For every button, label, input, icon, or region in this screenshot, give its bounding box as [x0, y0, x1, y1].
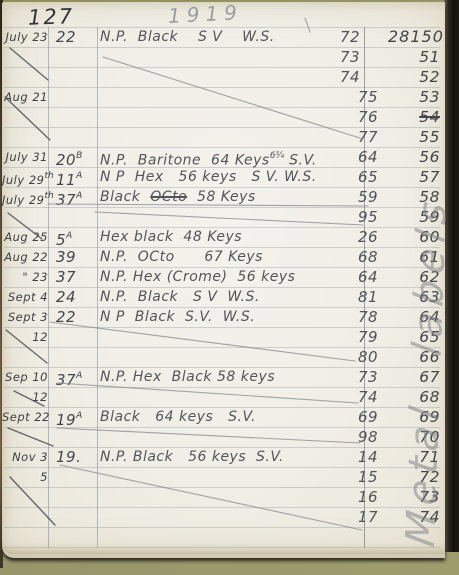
- ledger-row: Sept 2219ABlack 64 keys S.V.6969: [2, 407, 445, 427]
- lot-number-cell: 19A: [52, 407, 100, 427]
- lot-number-cell: 37: [52, 267, 100, 287]
- batch-number-cell: 16: [336, 487, 392, 507]
- ledger-row: July 29th37ABlack OCto 58 Keys5958: [2, 187, 445, 207]
- lot-number-cell: [52, 87, 100, 107]
- batch-number-cell: 81: [336, 287, 392, 307]
- date-cell: Sep 10: [2, 367, 50, 387]
- description-cell: [100, 427, 336, 447]
- serial-number-cell: 51: [388, 47, 444, 67]
- lot-number-cell: [52, 127, 100, 147]
- ledger-row: 51572: [2, 467, 445, 487]
- ledger-row: 127468: [2, 387, 445, 407]
- serial-number-cell: 28150: [388, 27, 444, 47]
- date-cell: [2, 127, 50, 147]
- batch-number-cell: 98: [336, 427, 392, 447]
- batch-number-cell: 77: [336, 127, 392, 147]
- batch-number-cell: 75: [336, 87, 392, 107]
- batch-number-cell: 73: [336, 47, 392, 67]
- date-cell: Aug 25: [2, 227, 50, 247]
- description-cell: [100, 127, 336, 147]
- lot-number-cell: [52, 67, 100, 87]
- lot-number-cell: [52, 487, 100, 507]
- lot-number-cell: [52, 467, 100, 487]
- lot-number-cell: 37A: [52, 367, 100, 387]
- batch-number-cell: 59: [336, 187, 392, 207]
- description-cell: Hex black 48 Keys: [100, 227, 336, 247]
- ledger-row: " 2337N.P. Hex (Crome) 56 keys6462: [2, 267, 445, 287]
- batch-number-cell: 73: [336, 367, 392, 387]
- description-cell: N.P. OCto 67 Keys: [100, 247, 336, 267]
- lot-number-cell: [52, 347, 100, 367]
- ledger-row: July 3120BN.P. Baritone 64 Keys6¾ S.V.64…: [2, 147, 445, 167]
- batch-number-cell: 64: [336, 267, 392, 287]
- date-cell: 5: [2, 467, 50, 487]
- description-cell: N.P. Baritone 64 Keys6¾ S.V.: [100, 147, 336, 167]
- description-cell: N.P. Black 56 keys S.V.: [100, 447, 336, 467]
- date-cell: [2, 487, 50, 507]
- lot-number-cell: [52, 47, 100, 67]
- lot-number-cell: 20B: [52, 147, 100, 167]
- ledger-row: 127965: [2, 327, 445, 347]
- ledger-row: 9559: [2, 207, 445, 227]
- date-cell: Aug 22: [2, 247, 50, 267]
- ledger-row: Nov 319.N.P. Black 56 keys S.V.1471: [2, 447, 445, 467]
- ledger-row: 1673: [2, 487, 445, 507]
- lot-number-cell: 39: [52, 247, 100, 267]
- date-cell: [2, 427, 50, 447]
- date-cell: Sept 4: [2, 287, 50, 307]
- description-cell: N P Black S.V. W.S.: [100, 307, 336, 327]
- description-cell: [100, 487, 336, 507]
- ledger-row: 7755: [2, 127, 445, 147]
- lot-number-cell: 22: [52, 307, 100, 327]
- description-cell: [100, 207, 336, 227]
- date-cell: " 23: [2, 267, 50, 287]
- description-cell: [100, 467, 336, 487]
- lot-number-cell: [52, 427, 100, 447]
- batch-number-cell: 68: [336, 247, 392, 267]
- lot-number-cell: [52, 107, 100, 127]
- lot-number-cell: [52, 327, 100, 347]
- scanned-ledger-photo: { "page": { "folio": "127", "year": "191…: [0, 0, 459, 575]
- ledger-row: July 2322N.P. Black S V W.S.7228150: [2, 27, 445, 47]
- date-cell: July 23: [2, 27, 50, 47]
- date-cell: July 29th: [2, 187, 50, 207]
- date-cell: 12: [2, 327, 50, 347]
- description-cell: [100, 47, 336, 67]
- lot-number-cell: [52, 207, 100, 227]
- description-cell: [100, 327, 336, 347]
- description-cell: N.P. Black S V W.S.: [100, 27, 336, 47]
- description-cell: [100, 107, 336, 127]
- batch-number-cell: 72: [336, 27, 392, 47]
- folio-number: 127: [28, 4, 75, 30]
- lot-number-cell: 24: [52, 287, 100, 307]
- date-cell: [2, 47, 50, 67]
- lot-number-cell: 22: [52, 27, 100, 47]
- ledger-row: Sept 322N P Black S.V. W.S.7864: [2, 307, 445, 327]
- date-cell: [2, 347, 50, 367]
- lot-number-cell: 11A: [52, 167, 100, 187]
- batch-number-cell: 74: [336, 67, 392, 87]
- batch-number-cell: 64: [336, 147, 392, 167]
- ledger-row: 7452: [2, 67, 445, 87]
- batch-number-cell: 26: [336, 227, 392, 247]
- description-cell: Black 64 keys S.V.: [100, 407, 336, 427]
- batch-number-cell: 69: [336, 407, 392, 427]
- batch-number-cell: 17: [336, 507, 392, 527]
- batch-number-cell: 74: [336, 387, 392, 407]
- date-cell: 12: [2, 387, 50, 407]
- batch-number-cell: 76: [336, 107, 392, 127]
- description-cell: [100, 507, 336, 527]
- batch-number-cell: 14: [336, 447, 392, 467]
- description-cell: [100, 87, 336, 107]
- ledger-row: 8066: [2, 347, 445, 367]
- date-cell: [2, 507, 50, 527]
- date-cell: July 29th: [2, 167, 50, 187]
- date-cell: July 31: [2, 147, 50, 167]
- batch-number-cell: 65: [336, 167, 392, 187]
- ledger-row: Sep 1037AN.P. Hex Black 58 keys7367: [2, 367, 445, 387]
- date-cell: Nov 3: [2, 447, 50, 467]
- description-cell: N.P. Black S V W.S.: [100, 287, 336, 307]
- lot-number-cell: [52, 387, 100, 407]
- description-cell: N P Hex 56 keys S V. W.S.: [100, 167, 336, 187]
- date-cell: Sept 3: [2, 307, 50, 327]
- batch-number-cell: 80: [336, 347, 392, 367]
- ledger-row: Aug 217553: [2, 87, 445, 107]
- batch-number-cell: 15: [336, 467, 392, 487]
- description-cell: Black OCto 58 Keys: [100, 187, 336, 207]
- lot-number-cell: 37A: [52, 187, 100, 207]
- ledger-row: 1774: [2, 507, 445, 527]
- page-bottom-edge: [2, 543, 445, 554]
- date-cell: Sept 22: [2, 407, 50, 427]
- date-cell: Aug 21: [2, 87, 50, 107]
- batch-number-cell: 95: [336, 207, 392, 227]
- description-cell: N.P. Hex Black 58 keys: [100, 367, 336, 387]
- ledger-row: July 29th11AN P Hex 56 keys S V. W.S.655…: [2, 167, 445, 187]
- ledger-page: 127 1919 July 2322N.P. Black S V W.S.722…: [2, 2, 445, 554]
- ledger-row: Sept 424N.P. Black S V W.S.8163: [2, 287, 445, 307]
- batch-number-cell: 78: [336, 307, 392, 327]
- description-cell: [100, 67, 336, 87]
- date-cell: [2, 107, 50, 127]
- date-cell: [2, 67, 50, 87]
- ledger-row: 9870: [2, 427, 445, 447]
- ledger-row: 7654: [2, 107, 445, 127]
- ledger-row: 7351: [2, 47, 445, 67]
- description-cell: [100, 387, 336, 407]
- year-heading: 1919: [167, 0, 243, 28]
- batch-number-cell: 79: [336, 327, 392, 347]
- lot-number-cell: 19.: [52, 447, 100, 467]
- date-cell: [2, 207, 50, 227]
- ledger-row: Aug 255AHex black 48 Keys2660: [2, 227, 445, 247]
- description-cell: N.P. Hex (Crome) 56 keys: [100, 267, 336, 287]
- lot-number-cell: [52, 507, 100, 527]
- ledger-row: Aug 2239N.P. OCto 67 Keys6861: [2, 247, 445, 267]
- description-cell: [100, 347, 336, 367]
- lot-number-cell: 5A: [52, 227, 100, 247]
